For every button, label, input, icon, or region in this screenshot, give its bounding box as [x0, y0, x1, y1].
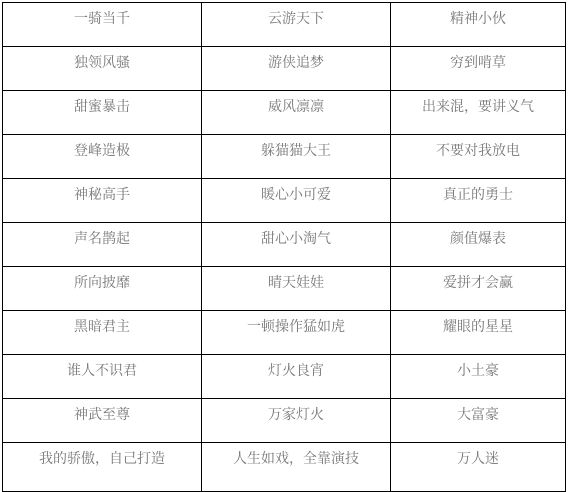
table-row: 登峰造极 躲猫猫大王 不要对我放电 [3, 135, 566, 179]
page: 一骑当千 云游天下 精神小伙 独领风骚 游侠追梦 穷到啃草 甜蜜暴击 威风凛凛 … [0, 0, 575, 492]
table-cell: 万家灯火 [202, 399, 391, 443]
table-row: 独领风骚 游侠追梦 穷到啃草 [3, 47, 566, 91]
table-cell: 云游天下 [202, 3, 391, 47]
table-cell: 一骑当千 [3, 3, 202, 47]
table-cell: 谁人不识君 [3, 355, 202, 399]
table-cell: 游侠追梦 [202, 47, 391, 91]
table-cell: 躲猫猫大王 [202, 135, 391, 179]
table-cell: 耀眼的星星 [391, 311, 566, 355]
table-cell: 爱拼才会赢 [391, 267, 566, 311]
table-cell: 神武至尊 [3, 399, 202, 443]
table-cell: 所向披靡 [3, 267, 202, 311]
table-cell: 人生如戏，全靠演技 [202, 443, 391, 492]
table-row: 神秘高手 暖心小可爱 真正的勇士 [3, 179, 566, 223]
table-row: 黑暗君主 一顿操作猛如虎 耀眼的星星 [3, 311, 566, 355]
table-row: 所向披靡 晴天娃娃 爱拼才会赢 [3, 267, 566, 311]
table-row: 甜蜜暴击 威风凛凛 出来混，要讲义气 [3, 91, 566, 135]
table-cell: 不要对我放电 [391, 135, 566, 179]
table-cell: 小土豪 [391, 355, 566, 399]
table-row: 声名鹊起 甜心小淘气 颜值爆表 [3, 223, 566, 267]
table-cell: 万人迷 [391, 443, 566, 492]
table-cell: 独领风骚 [3, 47, 202, 91]
nickname-table: 一骑当千 云游天下 精神小伙 独领风骚 游侠追梦 穷到啃草 甜蜜暴击 威风凛凛 … [2, 2, 566, 492]
table-cell: 甜蜜暴击 [3, 91, 202, 135]
table-cell: 一顿操作猛如虎 [202, 311, 391, 355]
table-row: 神武至尊 万家灯火 大富豪 [3, 399, 566, 443]
table-row: 谁人不识君 灯火良宵 小土豪 [3, 355, 566, 399]
table-cell: 甜心小淘气 [202, 223, 391, 267]
table-cell: 暖心小可爱 [202, 179, 391, 223]
table-cell: 黑暗君主 [3, 311, 202, 355]
table-cell: 出来混，要讲义气 [391, 91, 566, 135]
table-cell: 大富豪 [391, 399, 566, 443]
table-cell: 登峰造极 [3, 135, 202, 179]
table-cell: 晴天娃娃 [202, 267, 391, 311]
table-cell: 真正的勇士 [391, 179, 566, 223]
table-cell: 威风凛凛 [202, 91, 391, 135]
table-row: 我的骄傲，自己打造 人生如戏，全靠演技 万人迷 [3, 443, 566, 492]
table-cell: 灯火良宵 [202, 355, 391, 399]
table-cell: 穷到啃草 [391, 47, 566, 91]
table-row: 一骑当千 云游天下 精神小伙 [3, 3, 566, 47]
table-cell: 颜值爆表 [391, 223, 566, 267]
table-cell: 精神小伙 [391, 3, 566, 47]
table-cell: 声名鹊起 [3, 223, 202, 267]
table-cell: 我的骄傲，自己打造 [3, 443, 202, 492]
table-cell: 神秘高手 [3, 179, 202, 223]
